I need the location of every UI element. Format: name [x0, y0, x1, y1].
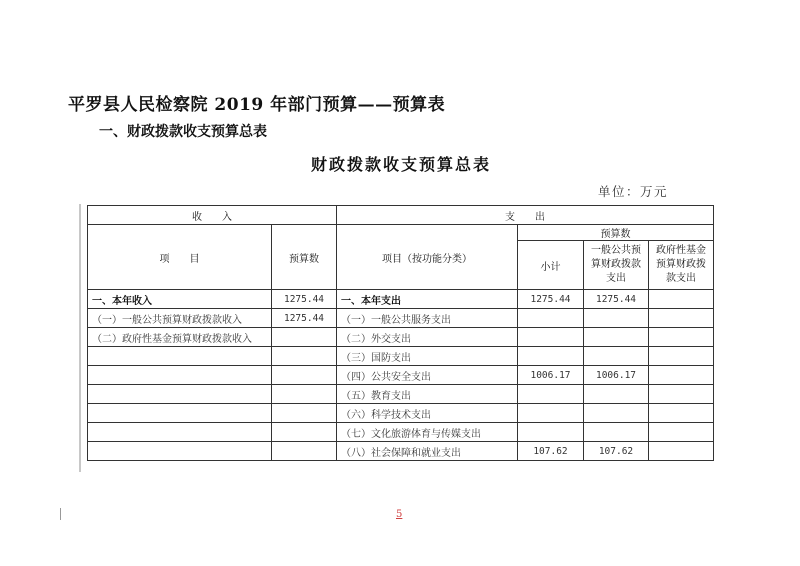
subtotal-amount: 1006.17	[518, 366, 584, 385]
income-amount	[272, 423, 337, 442]
subtotal-amount	[518, 347, 584, 366]
margin-line	[79, 204, 81, 472]
income-amount	[272, 366, 337, 385]
header-row-groups: 收 入 支 出	[88, 206, 714, 225]
section-title: 一、财政拨款收支预算总表	[99, 121, 267, 141]
table-row: （一）一般公共预算财政拨款收入 1275.44 （一）一般公共服务支出	[88, 309, 714, 328]
table-row: 一、本年收入 1275.44 一、本年支出 1275.44 1275.44	[88, 290, 714, 309]
income-amount	[272, 328, 337, 347]
header-row-budget: 项 目 预算数 项目（按功能分类） 预算数	[88, 225, 714, 241]
expense-budget-header: 预算数	[518, 225, 714, 241]
page-number: 5	[396, 509, 402, 520]
expense-item: （一）一般公共服务支出	[337, 309, 518, 328]
subtotal-amount: 1275.44	[518, 290, 584, 309]
expense-item: （七）文化旅游体育与传媒支出	[337, 423, 518, 442]
fund-amount	[649, 309, 714, 328]
expense-item-header: 项目（按功能分类）	[337, 225, 518, 290]
table-row: （四）公共安全支出 1006.17 1006.17	[88, 366, 714, 385]
general-amount: 107.62	[584, 442, 649, 461]
expense-group-header: 支 出	[337, 206, 714, 225]
income-group-header: 收 入	[88, 206, 337, 225]
general-amount	[584, 328, 649, 347]
table-row: （七）文化旅游体育与传媒支出	[88, 423, 714, 442]
expense-item: （四）公共安全支出	[337, 366, 518, 385]
general-amount	[584, 309, 649, 328]
income-item	[88, 366, 272, 385]
table-row: （三）国防支出	[88, 347, 714, 366]
income-item	[88, 347, 272, 366]
expense-item: （五）教育支出	[337, 385, 518, 404]
income-amount	[272, 404, 337, 423]
table-row: （八）社会保障和就业支出 107.62 107.62	[88, 442, 714, 461]
income-item	[88, 385, 272, 404]
expense-item: （二）外交支出	[337, 328, 518, 347]
income-item-header: 项 目	[88, 225, 272, 290]
income-item: 一、本年收入	[88, 290, 272, 309]
gov-fund-header: 政府性基金预算财政拨款支出	[649, 241, 714, 290]
income-item	[88, 404, 272, 423]
fund-amount	[649, 366, 714, 385]
subtotal-amount	[518, 385, 584, 404]
fund-amount	[649, 347, 714, 366]
income-item	[88, 423, 272, 442]
income-budget-header: 预算数	[272, 225, 337, 290]
table-row: （五）教育支出	[88, 385, 714, 404]
income-amount: 1275.44	[272, 309, 337, 328]
general-amount	[584, 347, 649, 366]
general-amount	[584, 423, 649, 442]
fund-amount	[649, 290, 714, 309]
general-amount: 1275.44	[584, 290, 649, 309]
subtotal-amount: 107.62	[518, 442, 584, 461]
subtotal-amount	[518, 328, 584, 347]
expense-item: （六）科学技术支出	[337, 404, 518, 423]
subtotal-amount	[518, 404, 584, 423]
income-amount: 1275.44	[272, 290, 337, 309]
general-amount: 1006.17	[584, 366, 649, 385]
general-amount	[584, 404, 649, 423]
expense-item: （三）国防支出	[337, 347, 518, 366]
margin-tick	[60, 508, 61, 520]
table-row: （二）政府性基金预算财政拨款收入 （二）外交支出	[88, 328, 714, 347]
table-title: 财政拨款收支预算总表	[311, 152, 491, 175]
income-item	[88, 442, 272, 461]
general-amount	[584, 385, 649, 404]
fund-amount	[649, 328, 714, 347]
fund-amount	[649, 404, 714, 423]
fund-amount	[649, 385, 714, 404]
fund-amount	[649, 442, 714, 461]
unit-label: 单位：万元	[598, 182, 668, 200]
income-amount	[272, 347, 337, 366]
general-public-header: 一般公共预算财政拨款支出	[584, 241, 649, 290]
income-item: （一）一般公共预算财政拨款收入	[88, 309, 272, 328]
income-amount	[272, 442, 337, 461]
table-row: （六）科学技术支出	[88, 404, 714, 423]
subtotal-header: 小计	[518, 241, 584, 290]
budget-summary-table: 收 入 支 出 项 目 预算数 项目（按功能分类） 预算数 小计 一般公共预算财…	[87, 205, 714, 461]
expense-item: 一、本年支出	[337, 290, 518, 309]
subtotal-amount	[518, 423, 584, 442]
income-item: （二）政府性基金预算财政拨款收入	[88, 328, 272, 347]
expense-item: （八）社会保障和就业支出	[337, 442, 518, 461]
subtotal-amount	[518, 309, 584, 328]
income-amount	[272, 385, 337, 404]
document-title: 平罗县人民检察院 2019 年部门预算——预算表	[68, 90, 445, 115]
fund-amount	[649, 423, 714, 442]
